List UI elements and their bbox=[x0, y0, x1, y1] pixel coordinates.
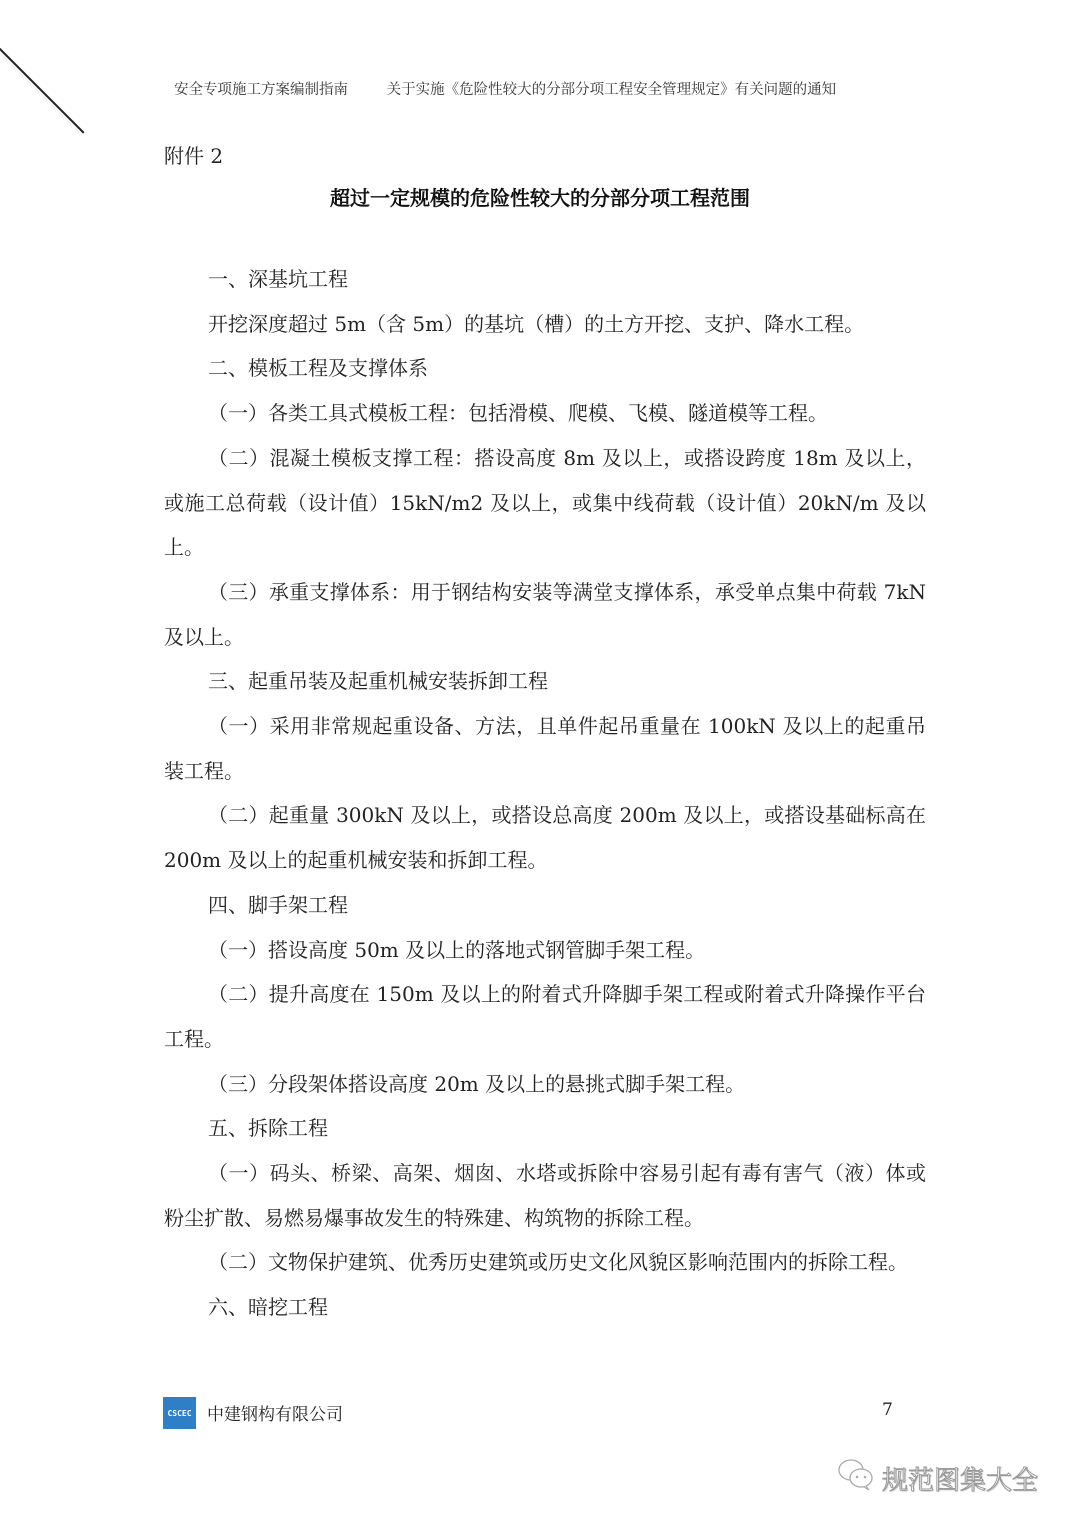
paragraph: （二）起重量 300kN 及以上，或搭设总高度 200m 及以上，或搭设基础标高… bbox=[164, 793, 926, 882]
page-header: 安全专项施工方案编制指南 关于实施《危险性较大的分部分项工程安全管理规定》有关问… bbox=[174, 78, 836, 99]
attachment-label: 附件 2 bbox=[164, 140, 223, 169]
header-right: 关于实施《危险性较大的分部分项工程安全管理规定》有关问题的通知 bbox=[387, 82, 837, 98]
document-body: 一、深基坑工程 开挖深度超过 5m（含 5m）的基坑（槽）的土方开挖、支护、降水… bbox=[164, 257, 926, 1330]
page-number: 7 bbox=[882, 1400, 893, 1420]
document-title: 超过一定规模的危险性较大的分部分项工程范围 bbox=[0, 182, 1080, 211]
paragraph: 六、暗挖工程 bbox=[164, 1285, 926, 1330]
wechat-icon bbox=[836, 1458, 876, 1499]
paragraph: （一）采用非常规起重设备、方法，且单件起吊重量在 100kN 及以上的起重吊装工… bbox=[164, 704, 926, 793]
paragraph: （二）提升高度在 150m 及以上的附着式升降脚手架工程或附着式升降操作平台工程… bbox=[164, 972, 926, 1061]
paragraph: 二、模板工程及支撑体系 bbox=[164, 346, 926, 391]
paragraph: 一、深基坑工程 bbox=[164, 257, 926, 302]
header-left: 安全专项施工方案编制指南 bbox=[174, 82, 348, 98]
paragraph: （一）各类工具式模板工程：包括滑模、爬模、飞模、隧道模等工程。 bbox=[164, 391, 926, 436]
footer-company-name: 中建钢构有限公司 bbox=[207, 1400, 343, 1425]
watermark: 规范图集大全 bbox=[836, 1458, 1038, 1499]
paragraph: （一）码头、桥梁、高架、烟囱、水塔或拆除中容易引起有毒有害气（液）体或粉尘扩散、… bbox=[164, 1151, 926, 1240]
watermark-text: 规范图集大全 bbox=[882, 1460, 1038, 1497]
paragraph: （二）混凝土模板支撑工程：搭设高度 8m 及以上，或搭设跨度 18m 及以上，或… bbox=[164, 436, 926, 570]
company-logo: CSCEC bbox=[163, 1397, 196, 1429]
paragraph: （三）承重支撑体系：用于钢结构安装等满堂支撑体系，承受单点集中荷载 7kN 及以… bbox=[164, 570, 926, 659]
paragraph: （一）搭设高度 50m 及以上的落地式钢管脚手架工程。 bbox=[164, 928, 926, 973]
paragraph: （二）文物保护建筑、优秀历史建筑或历史文化风貌区影响范围内的拆除工程。 bbox=[164, 1240, 926, 1285]
paragraph: 四、脚手架工程 bbox=[164, 883, 926, 928]
corner-fold-line bbox=[0, 40, 84, 133]
logo-text: CSCEC bbox=[167, 1409, 191, 1418]
paragraph: （三）分段架体搭设高度 20m 及以上的悬挑式脚手架工程。 bbox=[164, 1062, 926, 1107]
paragraph: 开挖深度超过 5m（含 5m）的基坑（槽）的土方开挖、支护、降水工程。 bbox=[164, 302, 926, 347]
paragraph: 三、起重吊装及起重机械安装拆卸工程 bbox=[164, 659, 926, 704]
paragraph: 五、拆除工程 bbox=[164, 1106, 926, 1151]
